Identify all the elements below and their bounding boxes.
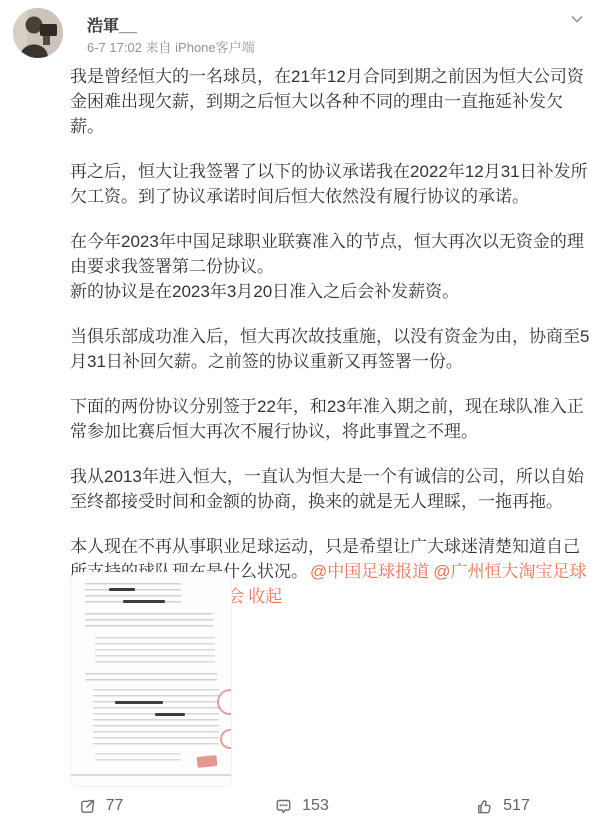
repost-button[interactable]: 77 bbox=[0, 797, 201, 816]
post-timestamp: 6-7 17:02 来自 iPhone客户端 bbox=[87, 37, 255, 56]
mention-link[interactable]: @中国足球报道 bbox=[310, 562, 429, 581]
post-paragraph: 我是曾经恒大的一名球员，在21年12月合同到期之前因为恒大公司资金困难出现欠薪，… bbox=[70, 64, 590, 139]
comment-count: 153 bbox=[302, 797, 329, 815]
desk-edge-line bbox=[71, 774, 231, 776]
document-text-lines bbox=[85, 673, 217, 684]
comment-icon bbox=[274, 797, 293, 816]
red-seal-stamp bbox=[217, 689, 232, 715]
post-paragraph: 在今年2023年中国足球职业联赛准入的节点，恒大再次以无资金的理由要求我签署第二… bbox=[70, 229, 590, 304]
post-content: 我是曾经恒大的一名球员，在21年12月合同到期之前因为恒大公司资金困难出现欠薪，… bbox=[70, 64, 590, 609]
post-paragraph: 下面的两份协议分别签于22年，和23年准入期之前，现在球队准入正常参加比赛后恒大… bbox=[70, 394, 590, 444]
repost-count: 77 bbox=[106, 797, 124, 815]
document-text-lines bbox=[85, 613, 213, 630]
post-paragraph: 再之后，恒大让我签署了以下的协议承诺我在2022年12月31日补发所欠工资。到了… bbox=[70, 159, 590, 209]
redaction-bar bbox=[115, 701, 163, 704]
post-header: 浩軍__ 6-7 17:02 来自 iPhone客户端 bbox=[13, 8, 591, 60]
redaction-bar bbox=[155, 713, 185, 716]
chevron-down-icon[interactable] bbox=[568, 10, 586, 28]
action-bar: 77 153 517 bbox=[0, 792, 603, 820]
post-paragraph: 当俱乐部成功准入后，恒大再次故技重施，以没有资金为由，协商至5月31日补回欠薪。… bbox=[70, 324, 590, 374]
author-name[interactable]: 浩軍__ bbox=[87, 13, 137, 36]
avatar[interactable] bbox=[13, 8, 63, 58]
thumbs-up-icon bbox=[475, 797, 494, 816]
attachment-contract-photo[interactable] bbox=[70, 572, 232, 787]
avatar-photo bbox=[13, 8, 63, 58]
redaction-bar bbox=[123, 600, 165, 603]
post-paragraph: 我从2013年进入恒大，一直认为恒大是一个有诚信的公司，所以自始至终都接受时间和… bbox=[70, 464, 590, 514]
like-count: 517 bbox=[503, 797, 530, 815]
like-button[interactable]: 517 bbox=[402, 797, 603, 816]
comment-button[interactable]: 153 bbox=[201, 797, 402, 816]
document-text-lines bbox=[95, 753, 181, 764]
red-seal-stamp bbox=[220, 729, 232, 749]
document-text-lines bbox=[93, 689, 219, 748]
document-text-lines bbox=[95, 637, 215, 666]
red-signature-stamp bbox=[196, 755, 217, 768]
redaction-bar bbox=[109, 588, 135, 591]
collapse-link[interactable]: 收起 bbox=[248, 587, 282, 606]
weibo-post: 浩軍__ 6-7 17:02 来自 iPhone客户端 我是曾经恒大的一名球员，… bbox=[0, 0, 603, 820]
repost-icon bbox=[78, 797, 97, 816]
